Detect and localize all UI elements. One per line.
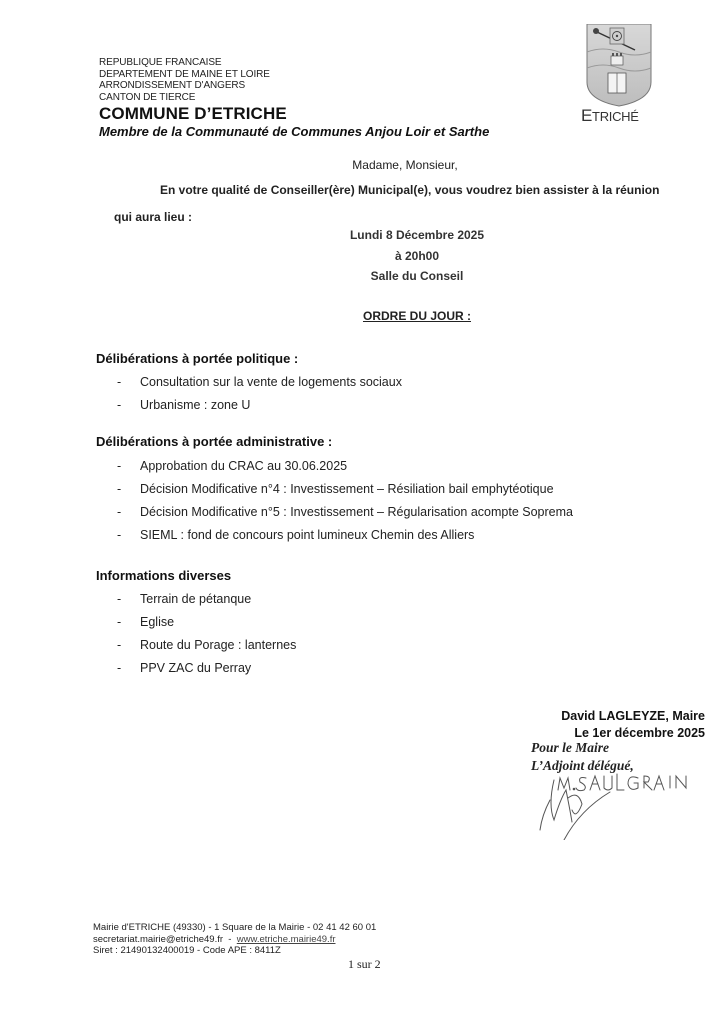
signature-pour-le-maire: Pour le Maire (531, 740, 609, 756)
footer-siret: Siret : 21490132400019 - Code APE : 8411… (93, 945, 376, 957)
signatory-name: David LAGLEYZE, Maire (561, 709, 705, 723)
signature-date: Le 1er décembre 2025 (574, 726, 705, 740)
list-item-text: SIEML : fond de concours point lumineux … (140, 528, 474, 542)
meeting-place-text: Salle du Conseil (371, 269, 464, 283)
meeting-date: Lundi 8 Décembre 2025 (0, 228, 724, 242)
footer-contact: Mairie d'ETRICHE (49330) - 1 Square de l… (93, 922, 376, 957)
list-item-text: Décision Modificative n°5 : Investisseme… (140, 505, 573, 519)
crest-label-initial: E (581, 106, 592, 125)
meeting-time-text: à 20h00 (395, 249, 439, 263)
list-item-text: Approbation du CRAC au 30.06.2025 (140, 459, 347, 473)
salutation: Madame, Monsieur, (0, 158, 724, 172)
list-item-text: Terrain de pétanque (140, 592, 251, 606)
section-title-informations: Informations diverses (96, 568, 231, 583)
bullet-dash: - (117, 398, 121, 412)
header-line-departement: DEPARTEMENT DE MAINE ET LOIRE (99, 69, 270, 81)
bullet-dash: - (117, 482, 121, 496)
list-item-text: Consultation sur la vente de logements s… (140, 375, 402, 389)
list-item-text: Eglise (140, 615, 174, 629)
coat-of-arms-icon: ETRICHÉ (585, 24, 653, 132)
header-line-republique: REPUBLIQUE FRANCAISE (99, 57, 270, 69)
meeting-place: Salle du Conseil (0, 269, 724, 283)
communaute-subtitle: Membre de la Communauté de Communes Anjo… (99, 124, 489, 139)
salutation-text: Madame, Monsieur, (352, 158, 457, 172)
agenda-title-text: ORDRE DU JOUR : (363, 309, 471, 323)
crest-label-rest: TRICHÉ (592, 109, 639, 124)
section-title-administrative: Délibérations à portée administrative : (96, 434, 332, 449)
header-line-arrondissement: ARRONDISSEMENT D'ANGERS (99, 80, 270, 92)
list-item-text: PPV ZAC du Perray (140, 661, 251, 675)
header-line-canton: CANTON DE TIERCE (99, 92, 270, 104)
crest-label: ETRICHÉ (581, 106, 657, 126)
administrative-header: REPUBLIQUE FRANCAISE DEPARTEMENT DE MAIN… (99, 57, 270, 103)
footer-email-web-line: secretariat.mairie@etriche49.fr - www.et… (93, 934, 376, 946)
bullet-dash: - (117, 459, 121, 473)
bullet-dash: - (117, 505, 121, 519)
meeting-date-text: Lundi 8 Décembre 2025 (350, 228, 484, 242)
bullet-dash: - (117, 638, 121, 652)
list-item-text: Route du Porage : lanternes (140, 638, 296, 652)
footer-separator: - (223, 934, 237, 945)
handwritten-signature (520, 760, 700, 840)
bullet-dash: - (117, 528, 121, 542)
meeting-time: à 20h00 (0, 249, 724, 263)
intro-line-2: qui aura lieu : (114, 210, 192, 224)
bullet-dash: - (117, 615, 121, 629)
bullet-dash: - (117, 592, 121, 606)
agenda-title: ORDRE DU JOUR : (0, 309, 724, 323)
footer-address: Mairie d'ETRICHE (49330) - 1 Square de l… (93, 922, 376, 934)
section-title-politique: Délibérations à portée politique : (96, 351, 298, 366)
commune-title: COMMUNE D’ETRICHE (99, 104, 287, 124)
footer-email: secretariat.mairie@etriche49.fr (93, 934, 223, 945)
bullet-dash: - (117, 375, 121, 389)
list-item-text: Décision Modificative n°4 : Investisseme… (140, 482, 554, 496)
bullet-dash: - (117, 661, 121, 675)
page-number: 1 sur 2 (348, 957, 381, 972)
list-item-text: Urbanisme : zone U (140, 398, 250, 412)
intro-line-1: En votre qualité de Conseiller(ère) Muni… (160, 183, 659, 197)
footer-website-link[interactable]: www.etriche.mairie49.fr (237, 934, 336, 945)
